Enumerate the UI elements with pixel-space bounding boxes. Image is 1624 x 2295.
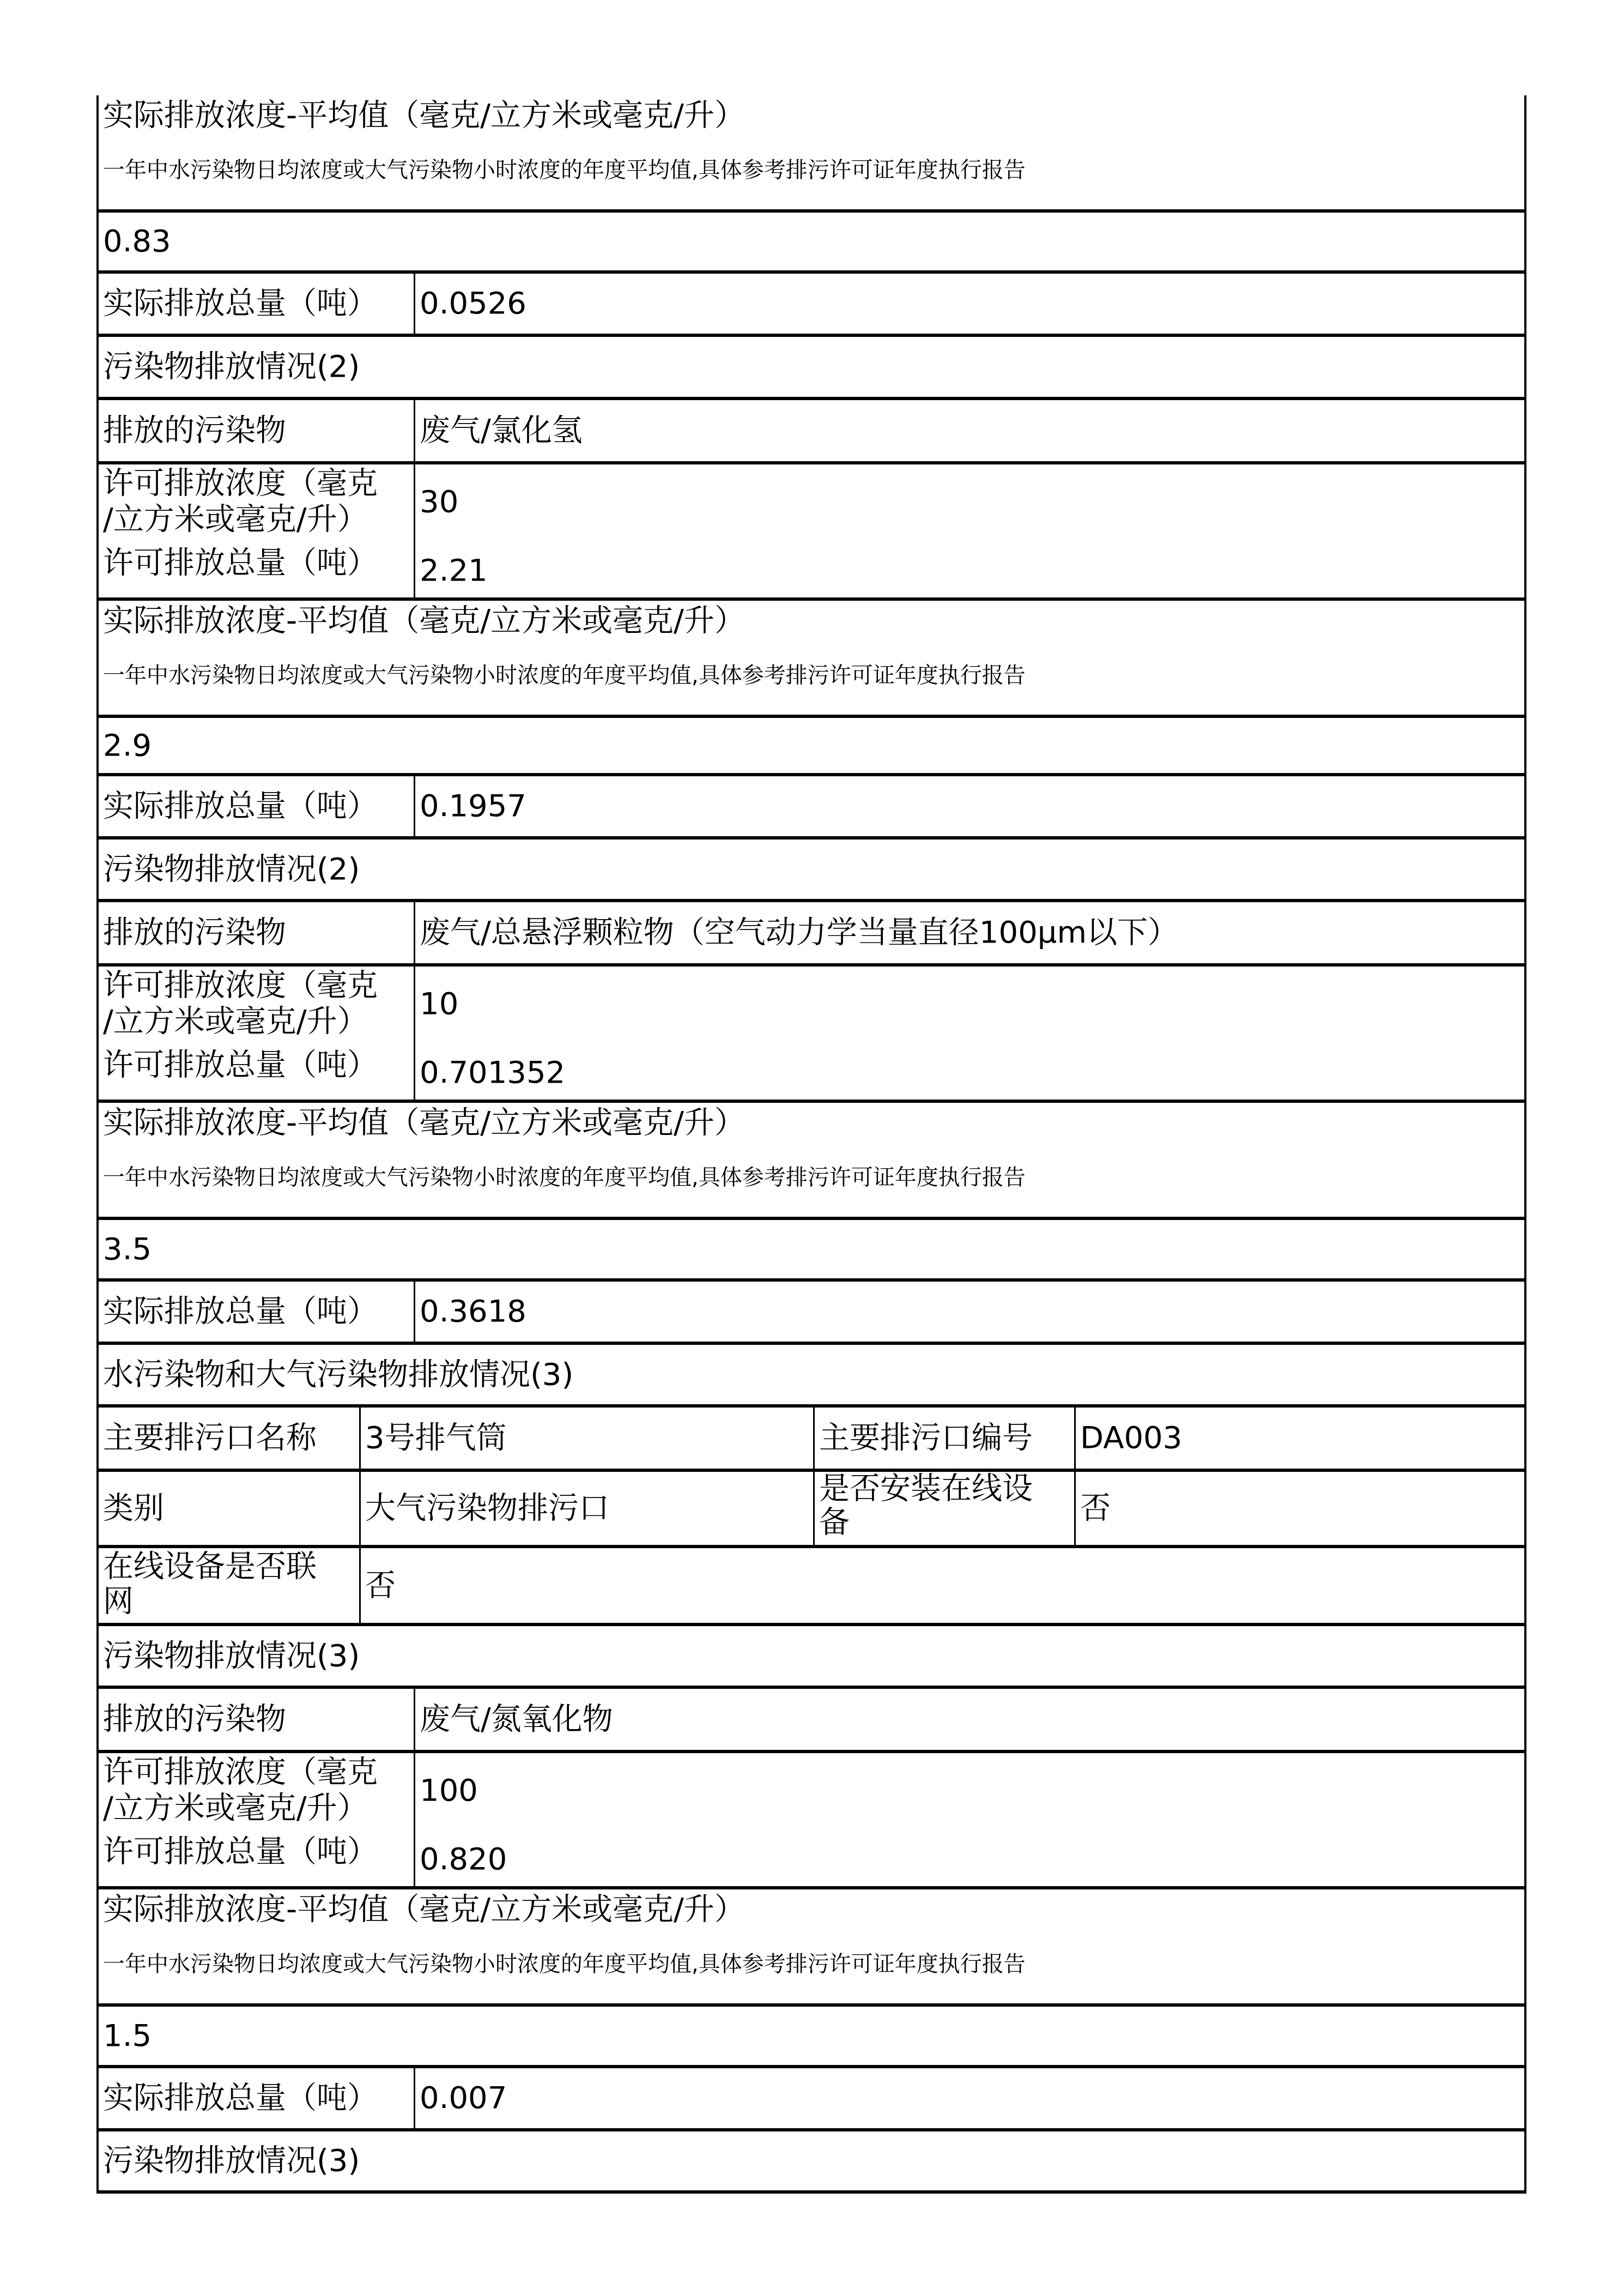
pollutant-label: 排放的污染物 (99, 400, 415, 461)
online-installed-value: 否 (1076, 1472, 1524, 1545)
actual-conc-avg-value: 2.9 (99, 718, 1524, 773)
pollutant-value: 废气/总悬浮颗粒物（空气动力学当量直径100μm以下） (415, 902, 1524, 963)
pollutant-row: 排放的污染物 废气/氯化氢 (96, 400, 1526, 464)
section-title-row: 污染物排放情况(2) (96, 337, 1526, 400)
permit-conc-label-line1: 许可排放浓度（毫克 (103, 466, 378, 502)
actual-conc-avg-note: 一年中水污染物日均浓度或大气污染物小时浓度的年度平均值,具体参考排污许可证年度执… (103, 1950, 1026, 1978)
permit-total-value: 0.820 (420, 1841, 507, 1877)
actual-conc-avg-label: 实际排放浓度-平均值（毫克/立方米或毫克/升） (103, 1892, 745, 1928)
actual-conc-avg-header-row: 实际排放浓度-平均值（毫克/立方米或毫克/升） 一年中水污染物日均浓度或大气污染… (96, 601, 1526, 718)
actual-total-value: 0.0526 (415, 274, 1524, 334)
permit-conc-row: 许可排放浓度（毫克 /立方米或毫克/升） 许可排放总量（吨） 30 2.21 (96, 464, 1526, 601)
actual-conc-avg-note: 一年中水污染物日均浓度或大气污染物小时浓度的年度平均值,具体参考排污许可证年度执… (103, 1164, 1026, 1191)
section-title: 污染物排放情况(3) (99, 2131, 1524, 2190)
permit-conc-value: 100 (420, 1773, 478, 1809)
actual-conc-avg-value-row: 3.5 (96, 1220, 1526, 1282)
outlet-code-value: DA003 (1076, 1408, 1524, 1469)
section-title-row: 污染物排放情况(3) (96, 2131, 1526, 2194)
actual-total-label: 实际排放总量（吨） (99, 1282, 415, 1342)
actual-total-label: 实际排放总量（吨） (99, 2068, 415, 2128)
pollutant-row: 排放的污染物 废气/总悬浮颗粒物（空气动力学当量直径100μm以下） (96, 902, 1526, 967)
actual-total-value: 0.1957 (415, 776, 1524, 836)
section-title: 污染物排放情况(3) (99, 1626, 1524, 1686)
actual-conc-avg-note: 一年中水污染物日均浓度或大气污染物小时浓度的年度平均值,具体参考排污许可证年度执… (103, 156, 1026, 184)
permit-label-cell: 许可排放浓度（毫克 /立方米或毫克/升） 许可排放总量（吨） (99, 464, 415, 597)
permit-conc-value: 30 (420, 484, 458, 520)
actual-total-row: 实际排放总量（吨） 0.3618 (96, 1282, 1526, 1345)
actual-total-value: 0.007 (415, 2068, 1524, 2128)
actual-conc-avg-note: 一年中水污染物日均浓度或大气污染物小时浓度的年度平均值,具体参考排污许可证年度执… (103, 662, 1026, 689)
permit-conc-label-line1: 许可排放浓度（毫克 (103, 968, 378, 1004)
actual-conc-avg-header-row: 实际排放浓度-平均值（毫克/立方米或毫克/升） 一年中水污染物日均浓度或大气污染… (96, 1889, 1526, 2007)
online-installed-label-line1: 是否安装在线设 (819, 1472, 1033, 1506)
permit-label-cell: 许可排放浓度（毫克 /立方米或毫克/升） 许可排放总量（吨） (99, 1753, 415, 1886)
permit-conc-row: 许可排放浓度（毫克 /立方米或毫克/升） 许可排放总量（吨） 100 0.820 (96, 1753, 1526, 1889)
actual-conc-avg-header-row: 实际排放浓度-平均值（毫克/立方米或毫克/升） 一年中水污染物日均浓度或大气污染… (96, 1103, 1526, 1220)
actual-conc-avg-header-row: 实际排放浓度-平均值（毫克/立方米或毫克/升） 一年中水污染物日均浓度或大气污染… (96, 95, 1526, 213)
actual-conc-avg-header-cell: 实际排放浓度-平均值（毫克/立方米或毫克/升） 一年中水污染物日均浓度或大气污染… (99, 1889, 1524, 2003)
pollutant-value: 废气/氮氧化物 (415, 1689, 1524, 1750)
permit-total-label: 许可排放总量（吨） (103, 545, 378, 581)
section-title: 污染物排放情况(2) (99, 337, 1524, 397)
actual-conc-avg-value-row: 1.5 (96, 2007, 1526, 2068)
section-title: 污染物排放情况(2) (99, 840, 1524, 899)
online-networked-row: 在线设备是否联 网 否 (96, 1548, 1526, 1626)
outlet-section-title: 水污染物和大气污染物排放情况(3) (99, 1345, 1524, 1404)
actual-conc-avg-value: 0.83 (99, 213, 1524, 270)
actual-total-label: 实际排放总量（吨） (99, 274, 415, 334)
actual-conc-avg-header-cell: 实际排放浓度-平均值（毫克/立方米或毫克/升） 一年中水污染物日均浓度或大气污染… (99, 1103, 1524, 1217)
online-installed-label-line2: 备 (819, 1506, 850, 1539)
actual-conc-avg-value: 1.5 (99, 2007, 1524, 2065)
permit-value-cell: 100 0.820 (415, 1753, 1524, 1886)
actual-total-value: 0.3618 (415, 1282, 1524, 1342)
actual-conc-avg-label: 实际排放浓度-平均值（毫克/立方米或毫克/升） (103, 98, 745, 134)
category-label: 类别 (99, 1472, 361, 1545)
online-networked-label-cell: 在线设备是否联 网 (99, 1548, 361, 1623)
permit-conc-value: 10 (420, 986, 458, 1022)
permit-total-value: 2.21 (420, 553, 488, 589)
actual-conc-avg-value: 3.5 (99, 1220, 1524, 1278)
actual-conc-avg-label: 实际排放浓度-平均值（毫克/立方米或毫克/升） (103, 603, 745, 639)
actual-conc-avg-value-row: 2.9 (96, 718, 1526, 776)
permit-conc-label-line2: /立方米或毫克/升） (103, 502, 368, 537)
permit-conc-label-line1: 许可排放浓度（毫克 (103, 1754, 378, 1790)
actual-conc-avg-label: 实际排放浓度-平均值（毫克/立方米或毫克/升） (103, 1105, 745, 1141)
section-title-row: 污染物排放情况(2) (96, 840, 1526, 902)
pollutant-row: 排放的污染物 废气/氮氧化物 (96, 1689, 1526, 1753)
actual-total-row: 实际排放总量（吨） 0.1957 (96, 776, 1526, 840)
outlet-name-row: 主要排污口名称 3号排气筒 主要排污口编号 DA003 (96, 1408, 1526, 1472)
actual-conc-avg-header-cell: 实际排放浓度-平均值（毫克/立方米或毫克/升） 一年中水污染物日均浓度或大气污染… (99, 601, 1524, 715)
online-networked-label-line1: 在线设备是否联 (103, 1549, 317, 1584)
actual-total-row: 实际排放总量（吨） 0.0526 (96, 274, 1526, 337)
category-row: 类别 大气污染物排污口 是否安装在线设 备 否 (96, 1472, 1526, 1548)
online-networked-label-line2: 网 (103, 1584, 134, 1619)
pollutant-value: 废气/氯化氢 (415, 400, 1524, 461)
outlet-name-value: 3号排气筒 (361, 1408, 815, 1469)
pollutant-label: 排放的污染物 (99, 1689, 415, 1750)
actual-conc-avg-value-row: 0.83 (96, 213, 1526, 274)
outlet-name-label: 主要排污口名称 (99, 1408, 361, 1469)
actual-conc-avg-header-cell: 实际排放浓度-平均值（毫克/立方米或毫克/升） 一年中水污染物日均浓度或大气污染… (99, 95, 1524, 209)
permit-value-cell: 10 0.701352 (415, 967, 1524, 1100)
permit-conc-row: 许可排放浓度（毫克 /立方米或毫克/升） 许可排放总量（吨） 10 0.7013… (96, 967, 1526, 1103)
outlet-section-title-row: 水污染物和大气污染物排放情况(3) (96, 1345, 1526, 1408)
online-installed-label-cell: 是否安装在线设 备 (815, 1472, 1076, 1545)
permit-total-label: 许可排放总量（吨） (103, 1834, 378, 1870)
permit-value-cell: 30 2.21 (415, 464, 1524, 597)
section-title-row: 污染物排放情况(3) (96, 1626, 1526, 1689)
permit-total-value: 0.701352 (420, 1055, 565, 1091)
actual-total-label: 实际排放总量（吨） (99, 776, 415, 836)
actual-total-row: 实际排放总量（吨） 0.007 (96, 2068, 1526, 2131)
outlet-code-label: 主要排污口编号 (815, 1408, 1076, 1469)
permit-conc-label-line2: /立方米或毫克/升） (103, 1790, 368, 1826)
permit-conc-label-line2: /立方米或毫克/升） (103, 1004, 368, 1040)
permit-total-label: 许可排放总量（吨） (103, 1047, 378, 1083)
category-value: 大气污染物排污口 (361, 1472, 815, 1545)
online-networked-value: 否 (361, 1548, 1524, 1623)
permit-label-cell: 许可排放浓度（毫克 /立方米或毫克/升） 许可排放总量（吨） (99, 967, 415, 1100)
pollutant-label: 排放的污染物 (99, 902, 415, 963)
